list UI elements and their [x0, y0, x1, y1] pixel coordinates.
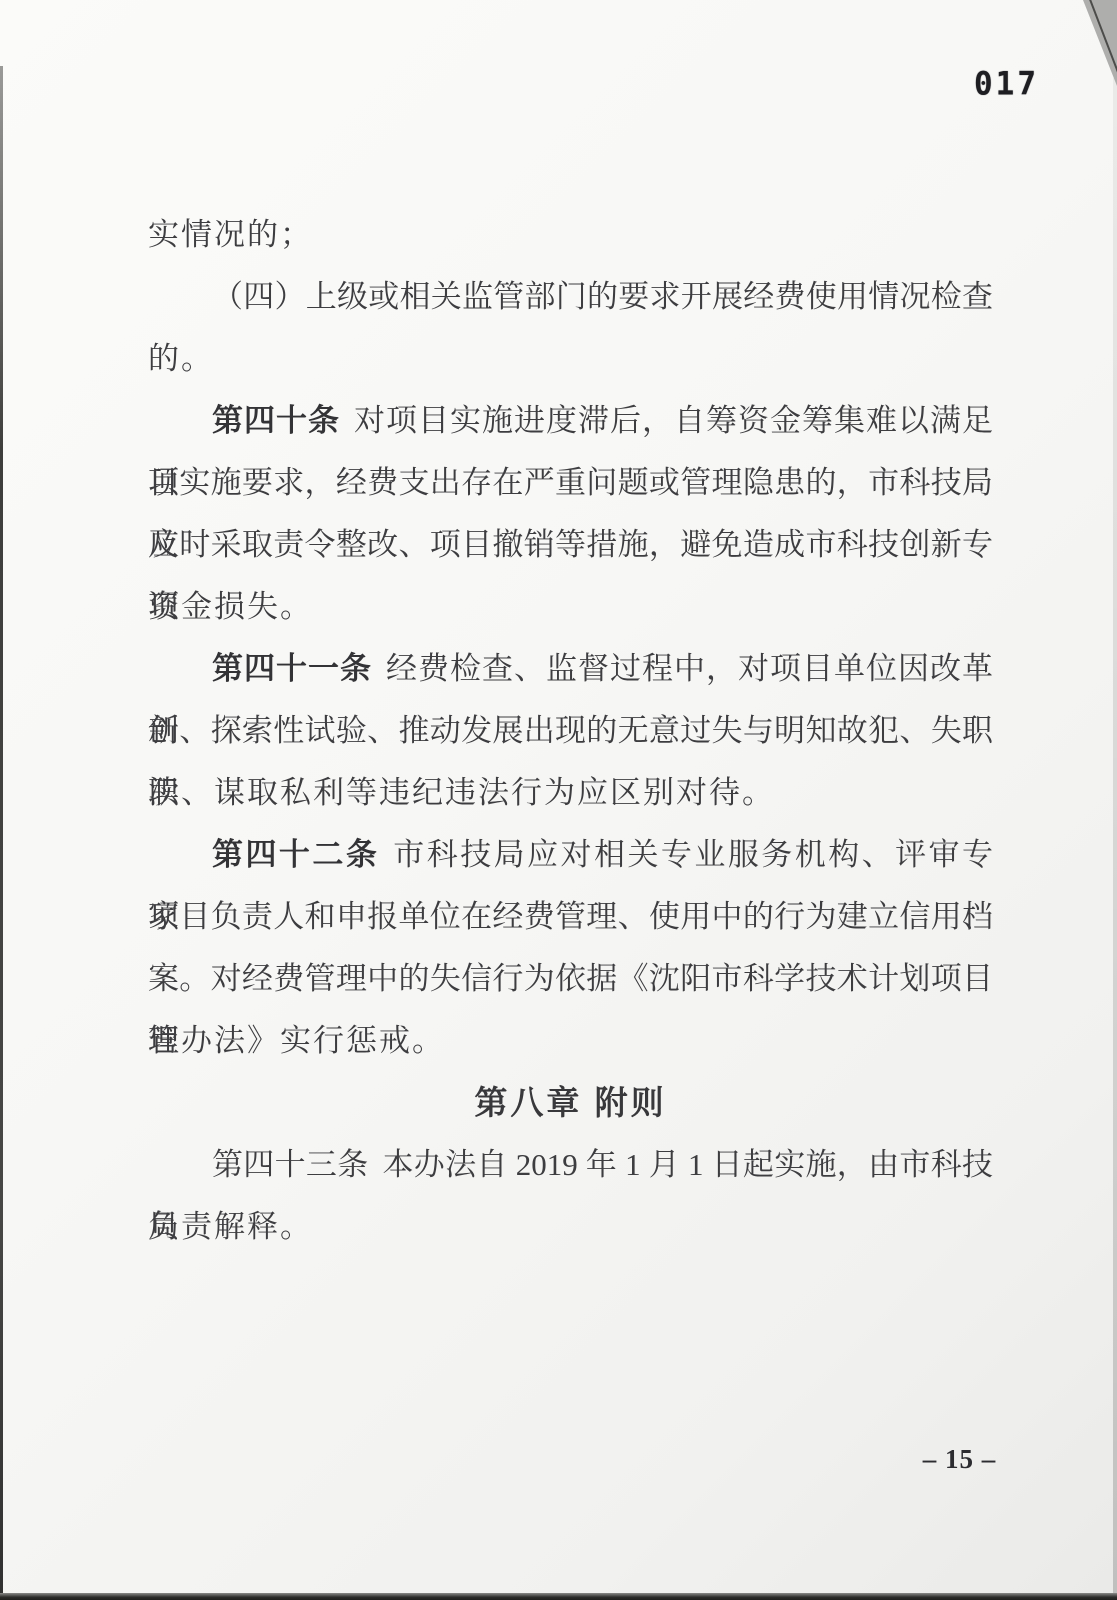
article-number: 第四十三条: [212, 1147, 369, 1182]
body-line: 目实施要求，经费支出存在严重问题或管理隐患的，市科技局应: [148, 452, 993, 514]
body-line: 新、探索性试验、推动发展出现的无意过失与明知故犯、失职渎: [148, 700, 993, 762]
scan-edge-bottom: [0, 1593, 1117, 1600]
body-line: 的。: [148, 328, 993, 390]
scan-corner-top-right: [1083, 0, 1117, 86]
body-line: 负责解释。: [148, 1196, 993, 1258]
body-line-article-40: 第四十条对项目实施进度滞后，自筹资金筹集难以满足项: [148, 390, 993, 452]
article-number: 第四十一条: [212, 651, 372, 686]
body-line: 职、谋取私利等违纪违法行为应区别对待。: [148, 762, 993, 824]
chapter-heading: 第八章 附则: [148, 1072, 993, 1134]
body-line: 及时采取责令整改、项目撤销等措施，避免造成市科技创新专项: [148, 514, 993, 576]
article-number: 第四十二条: [212, 837, 379, 872]
body-line: 项目负责人和申报单位在经费管理、使用中的行为建立信用档: [148, 886, 993, 948]
body-line-article-42: 第四十二条市科技局应对相关专业服务机构、评审专家、: [148, 824, 993, 886]
body-line-article-43: 第四十三条本办法自 2019 年 1 月 1 日起实施，由市科技局: [148, 1134, 993, 1196]
document-body: 实情况的； （四）上级或相关监管部门的要求开展经费使用情况检查 的。 第四十条对…: [148, 204, 993, 1258]
scanned-document-page: 017 实情况的； （四）上级或相关监管部门的要求开展经费使用情况检查 的。 第…: [0, 0, 1117, 1600]
stamp-number: 017: [974, 65, 1039, 102]
scan-edge-right: [1113, 78, 1117, 1593]
body-line: 资金损失。: [148, 576, 993, 638]
body-line: 理办法》实行惩戒。: [148, 1010, 993, 1072]
body-line-article-41: 第四十一条经费检查、监督过程中，对项目单位因改革创: [148, 638, 993, 700]
body-line: 案。对经费管理中的失信行为依据《沈阳市科学技术计划项目管: [148, 948, 993, 1010]
scan-edge-left: [0, 66, 3, 1600]
article-number: 第四十条: [212, 403, 340, 438]
body-line: （四）上级或相关监管部门的要求开展经费使用情况检查: [148, 266, 993, 328]
page-number: – 15 –: [902, 1444, 1017, 1475]
body-line: 实情况的；: [148, 204, 993, 266]
